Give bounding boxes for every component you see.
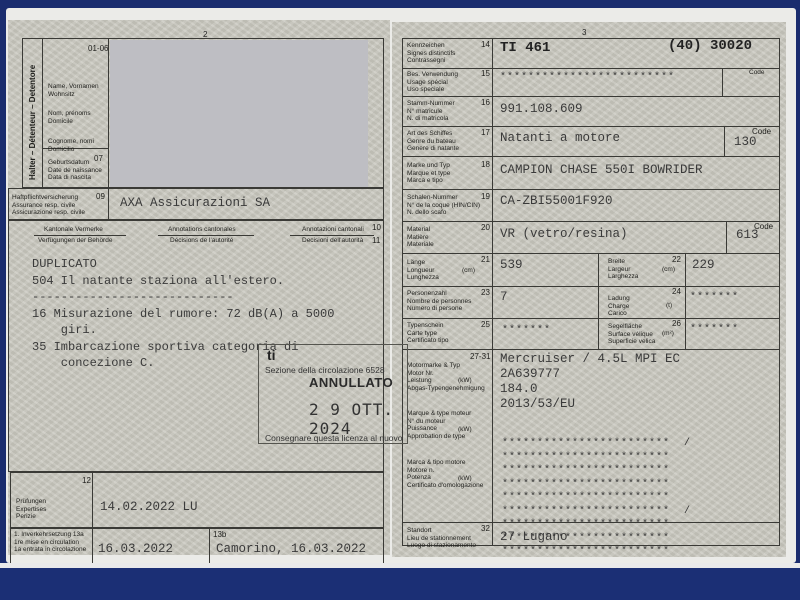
special-use-label: Bes. VerwendungUsage spécialUso speciale [407, 71, 458, 94]
inspections-label: PrüfungenExpertisesPerizie [16, 498, 46, 521]
engine-label-de: Motormarke & TypMotor Nr.LeistungAbgas-T… [407, 362, 485, 392]
stamp-note: Consegnare questa licenza al nuovo [265, 433, 403, 443]
left-page: 2 Halter – Détenteur – Detentore 01-06 N… [8, 20, 390, 555]
material-label: MaterialMatièreMateriale [407, 226, 434, 249]
boat-type-code: 130 [734, 135, 757, 149]
location-value: 27 Lugano [500, 530, 568, 544]
type-cert-label: TypenscheinCarte typeCertificato tipo [407, 322, 449, 345]
right-page: 3 KennzeichenSignes distinctifsContrasse… [392, 22, 786, 557]
width-label: BreiteLargeurLarghezza [608, 258, 638, 281]
first-registration-value: 16.03.2022 [98, 542, 173, 556]
length-value: 539 [500, 258, 523, 272]
matricule-label: Stamm-NummerN° matriculeN. di matricola [407, 100, 455, 123]
make-label: Marke und TypMarque et typeMarca e tipo [407, 162, 450, 185]
plate-label: KennzeichenSignes distinctifsContrassegn… [407, 42, 455, 65]
boat-type-label: Art des SchiffesGenre du bateauGenere di… [407, 130, 459, 153]
matricule-value: 991.108.609 [500, 102, 583, 116]
persons-value: 7 [500, 290, 508, 304]
plate-value: TI 461 [500, 40, 550, 56]
load-label: LadungChargeCarico [608, 295, 630, 318]
holder-label-fr: Nom, prénomsDomicile [48, 110, 91, 125]
holder-label-it: Cognome, nomiDomicilio [48, 138, 94, 153]
birthdate-label: GeburtsdatumDate de naissanceData di nas… [48, 159, 102, 182]
location-label: StandortLieu de stationnementLuogo di st… [407, 527, 476, 550]
holder-section-title: Halter – Détenteur – Detentore [28, 65, 37, 180]
hull-value: CA-ZBI55001F920 [500, 194, 613, 208]
length-label: LängeLongueurLunghezza [407, 259, 439, 282]
registration-place-date: Camorino, 16.03.2022 [216, 542, 366, 556]
holder-label-de: Name, VornamenWohnsitz [48, 83, 99, 98]
hull-label: Schalen-NummerN° de la coque (HIN/CIN)N.… [407, 194, 480, 217]
annulled-stamp: ti Sezione della circolazione 6528 ANNUL… [258, 344, 408, 444]
engine-values: Mercruiser / 4.5L MPI EC2A639777184.0201… [500, 352, 680, 412]
insurance-value: AXA Assicurazioni SA [120, 196, 270, 210]
redacted-holder-info [110, 40, 368, 187]
persons-label: PersonenzahlNombre de personnesNumero di… [407, 290, 471, 313]
engine-label-it: Marca & tipo motoreMotore n.PotenzaCerti… [407, 459, 483, 489]
boat-type-value: Natanti a motore [500, 131, 620, 145]
stamp-status: ANNULLATO [309, 375, 393, 390]
make-value: CAMPION CHASE 550I BOWRIDER [500, 163, 703, 177]
engine-masked-values: ************************ /**************… [502, 410, 691, 586]
material-value: VR (vetro/resina) [500, 227, 628, 241]
blue-background [0, 568, 800, 600]
width-value: 229 [692, 258, 715, 272]
page-number-right: 3 [582, 28, 586, 37]
ticino-logo-icon: ti [267, 347, 276, 363]
plate-number-code: (40) 30020 [668, 38, 752, 54]
first-registration-label: 1. Inverkehrsetzung 13a1re mise en circu… [14, 531, 86, 554]
sail-label: SegelflächeSurface véliqueSuperficie vel… [608, 323, 655, 346]
sail-value: ******* [690, 324, 739, 335]
engine-label-fr: Marque & type moteurN° du moteurPuissanc… [407, 410, 471, 440]
special-use-value: ************************* [500, 72, 675, 83]
load-value: ******* [690, 292, 739, 303]
insurance-label: HaftpflichtversicherungAssurance resp. c… [12, 194, 85, 217]
type-cert-value: ******* [502, 325, 551, 336]
inspections-value: 14.02.2022 LU [100, 500, 198, 514]
material-code: 613 [736, 228, 759, 242]
